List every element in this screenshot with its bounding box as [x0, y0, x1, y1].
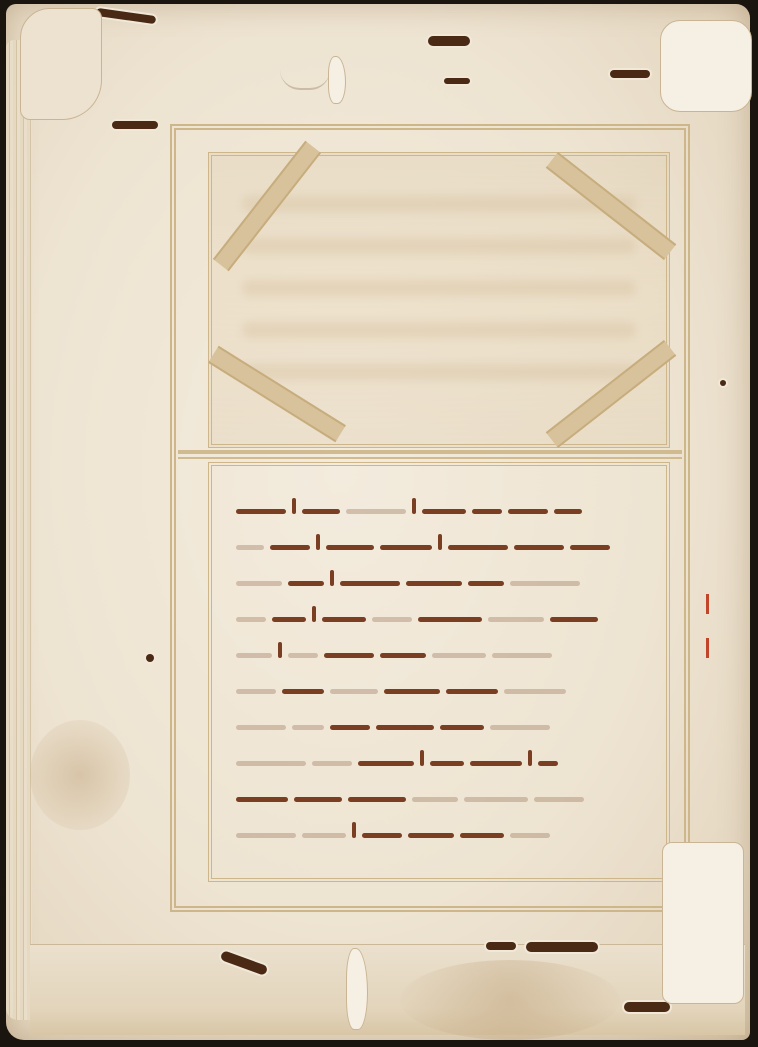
- script-line: [236, 776, 648, 802]
- script-line: [236, 488, 648, 514]
- worm-hole: [486, 942, 516, 950]
- water-stain: [400, 960, 620, 1040]
- script-line: [236, 560, 648, 586]
- frame-divider: [178, 450, 682, 454]
- worm-hole: [526, 942, 598, 952]
- script-line: [236, 704, 648, 730]
- show-through-line: [242, 322, 636, 338]
- torn-corner-bottom-right: [662, 842, 744, 1004]
- torn-corner-top-right: [660, 20, 752, 112]
- folded-bottom-flap: [30, 944, 745, 1035]
- show-through-line: [242, 238, 636, 254]
- ornamental-header-panel: [208, 152, 670, 448]
- show-through-line: [242, 280, 636, 296]
- worm-hole: [112, 121, 158, 129]
- paper-repair: [328, 56, 346, 104]
- corner-band-bottom-right: [546, 340, 677, 448]
- worm-hole: [624, 1002, 670, 1012]
- page-edge-stack-left: [6, 40, 32, 1020]
- script-line: [236, 632, 648, 658]
- frame-divider-inner: [178, 457, 682, 459]
- script-line: [236, 812, 648, 838]
- show-through-line: [242, 364, 636, 380]
- water-stain: [30, 720, 130, 830]
- script-line: [236, 596, 648, 622]
- torn-corner-top-left: [20, 8, 102, 120]
- worm-hole: [610, 70, 650, 78]
- script-line: [236, 740, 648, 766]
- worm-hole: [428, 36, 470, 46]
- script-line: [236, 524, 648, 550]
- corner-band-bottom-left: [208, 346, 346, 442]
- red-marginal-mark: [706, 594, 709, 614]
- worm-hole: [444, 78, 470, 84]
- show-through-line: [242, 196, 636, 212]
- worm-hole: [146, 654, 154, 662]
- red-marginal-mark: [706, 638, 709, 658]
- script-line: [236, 668, 648, 694]
- worm-hole: [720, 380, 726, 386]
- text-block-panel: [208, 462, 670, 882]
